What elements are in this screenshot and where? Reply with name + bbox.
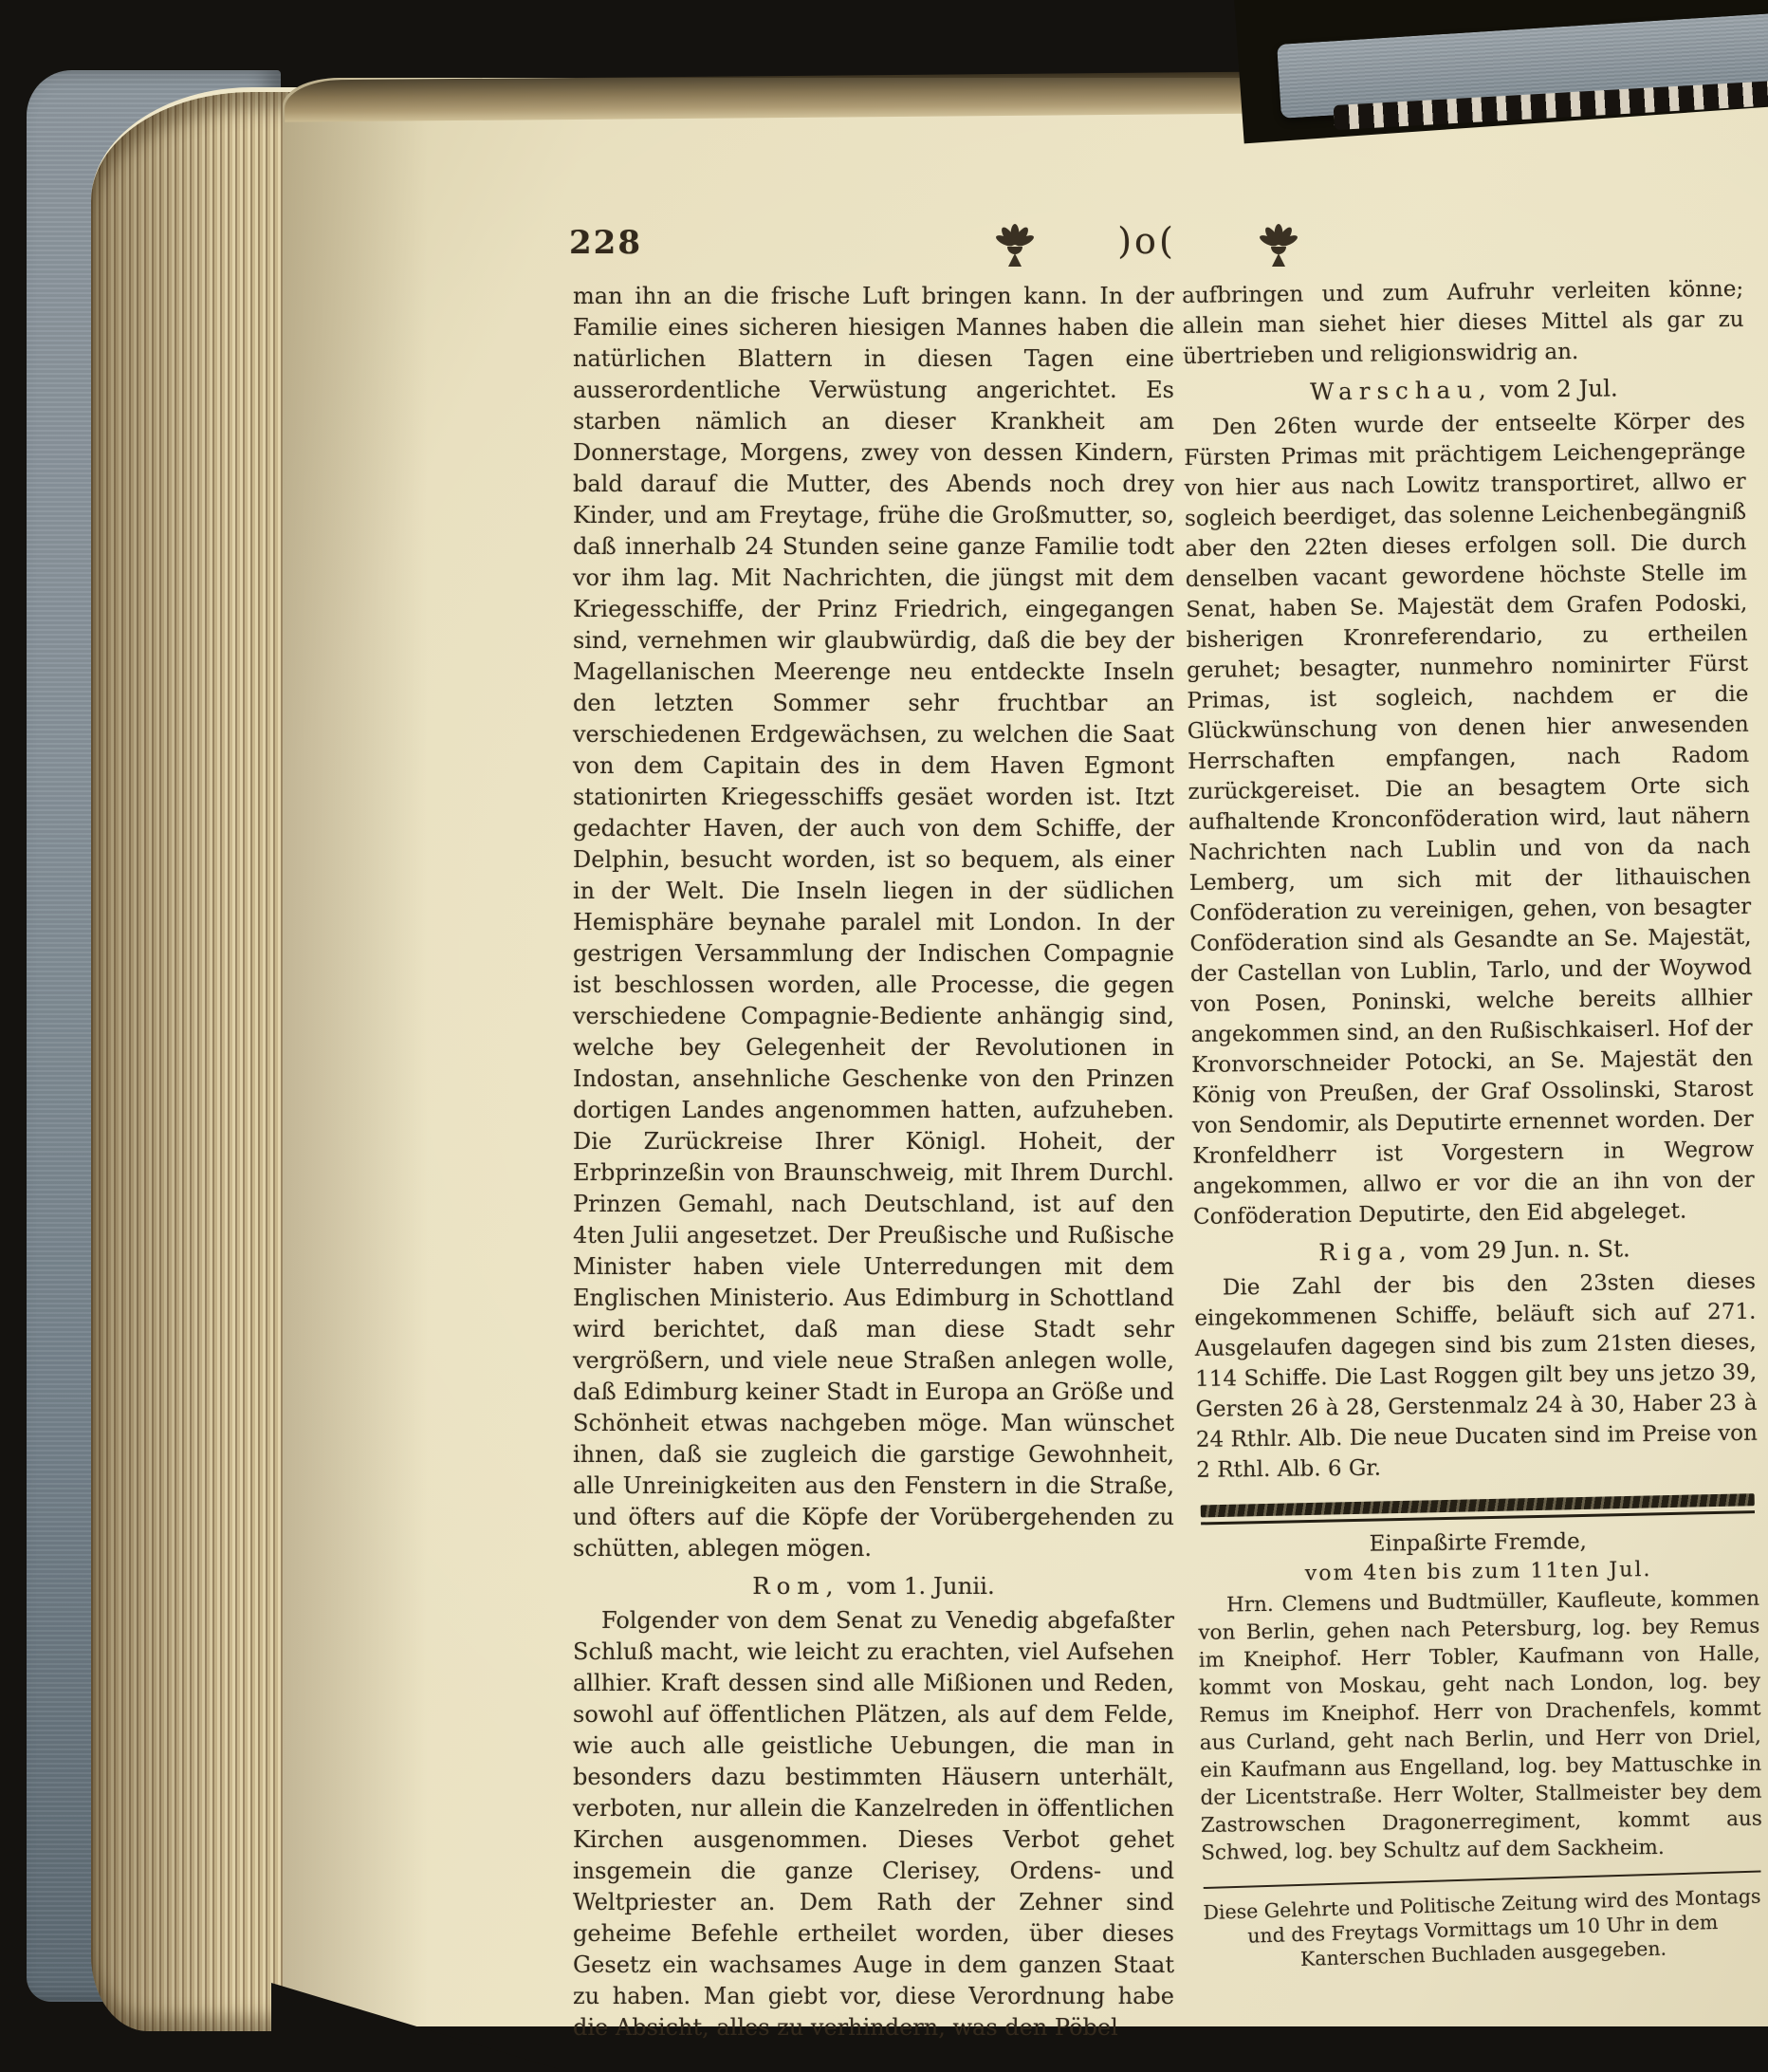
imprint-note: Diese Gelehrte und Politische Zeitung wi…	[1201, 1883, 1764, 1974]
dateline-riga: Riga, vom 29 Jun. n. St.	[1193, 1231, 1755, 1269]
dateline-city: Riga,	[1318, 1237, 1413, 1266]
dateline-city: Warschau,	[1310, 376, 1493, 405]
fremde-paragraph: Hrn. Clemens und Budtmüller, Kaufleute, …	[1198, 1585, 1762, 1867]
news-paragraph-riga: Die Zahl der bis den 23sten dieses einge…	[1194, 1267, 1759, 1486]
dateline-date: vom 29 Jun. n. St.	[1412, 1234, 1630, 1265]
news-paragraph-smallpox-london: man ihn an die frische Luft bringen kann…	[573, 281, 1174, 1564]
dateline-warschau: Warschau, vom 2 Jul.	[1183, 371, 1744, 409]
fleuron-left-icon	[994, 221, 1036, 268]
page-number: 228	[569, 224, 642, 262]
fremde-section-subheading: vom 4ten bis zum 11ten Jul.	[1197, 1555, 1759, 1590]
fleuron-right-icon	[1258, 221, 1299, 268]
right-text-column: aufbringen und zum Aufruhr verleiten kön…	[1182, 274, 1764, 1970]
dateline-date: vom 2 Jul.	[1493, 374, 1618, 403]
dateline-rom: Rom, vom 1. Junii.	[573, 1570, 1174, 1601]
scanned-book-page: 228 )o(	[0, 0, 1768, 2072]
dateline-date: vom 1. Junii.	[839, 1572, 994, 1600]
news-paragraph-continuation: aufbringen und zum Aufruhr verleiten kön…	[1182, 274, 1744, 372]
gutter-shadow	[283, 78, 453, 2026]
header-ornaments: )o(	[994, 218, 1299, 271]
dateline-city: Rom,	[752, 1572, 839, 1600]
news-paragraph-warschau: Den 26ten wurde der entseelte Körper des…	[1184, 406, 1756, 1232]
section-divider	[1201, 1493, 1755, 1525]
news-paragraph-rom: Folgender von dem Senat zu Venedig abgef…	[573, 1605, 1174, 2044]
center-ornament: )o(	[1117, 220, 1176, 262]
left-text-column: man ihn an die frische Luft bringen kann…	[573, 281, 1174, 2044]
